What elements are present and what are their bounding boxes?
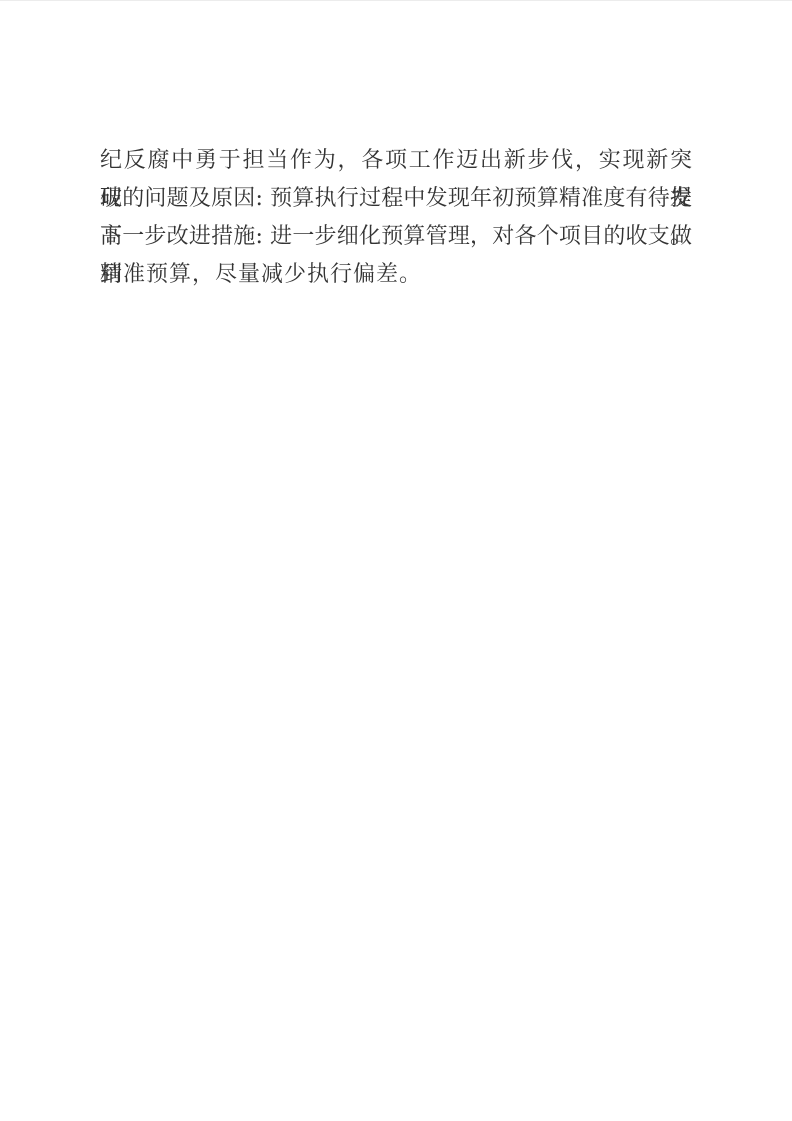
paragraph-line: 纪反腐中勇于担当作为，各项工作迈出新步伐，实现新突破。发	[100, 142, 692, 180]
document-page: 纪反腐中勇于担当作为，各项工作迈出新步伐，实现新突破。发 现的问题及原因: 预算…	[0, 0, 792, 1121]
paragraph-line: 下一步改进措施: 进一步细化预算管理，对各个项目的收支做到	[100, 218, 692, 256]
paragraph-line: 精准预算，尽量减少执行偏差。	[100, 256, 692, 294]
body-paragraph: 纪反腐中勇于担当作为，各项工作迈出新步伐，实现新突破。发 现的问题及原因: 预算…	[100, 142, 692, 294]
paragraph-line: 现的问题及原因: 预算执行过程中发现年初预算精准度有待提高。	[100, 180, 692, 218]
